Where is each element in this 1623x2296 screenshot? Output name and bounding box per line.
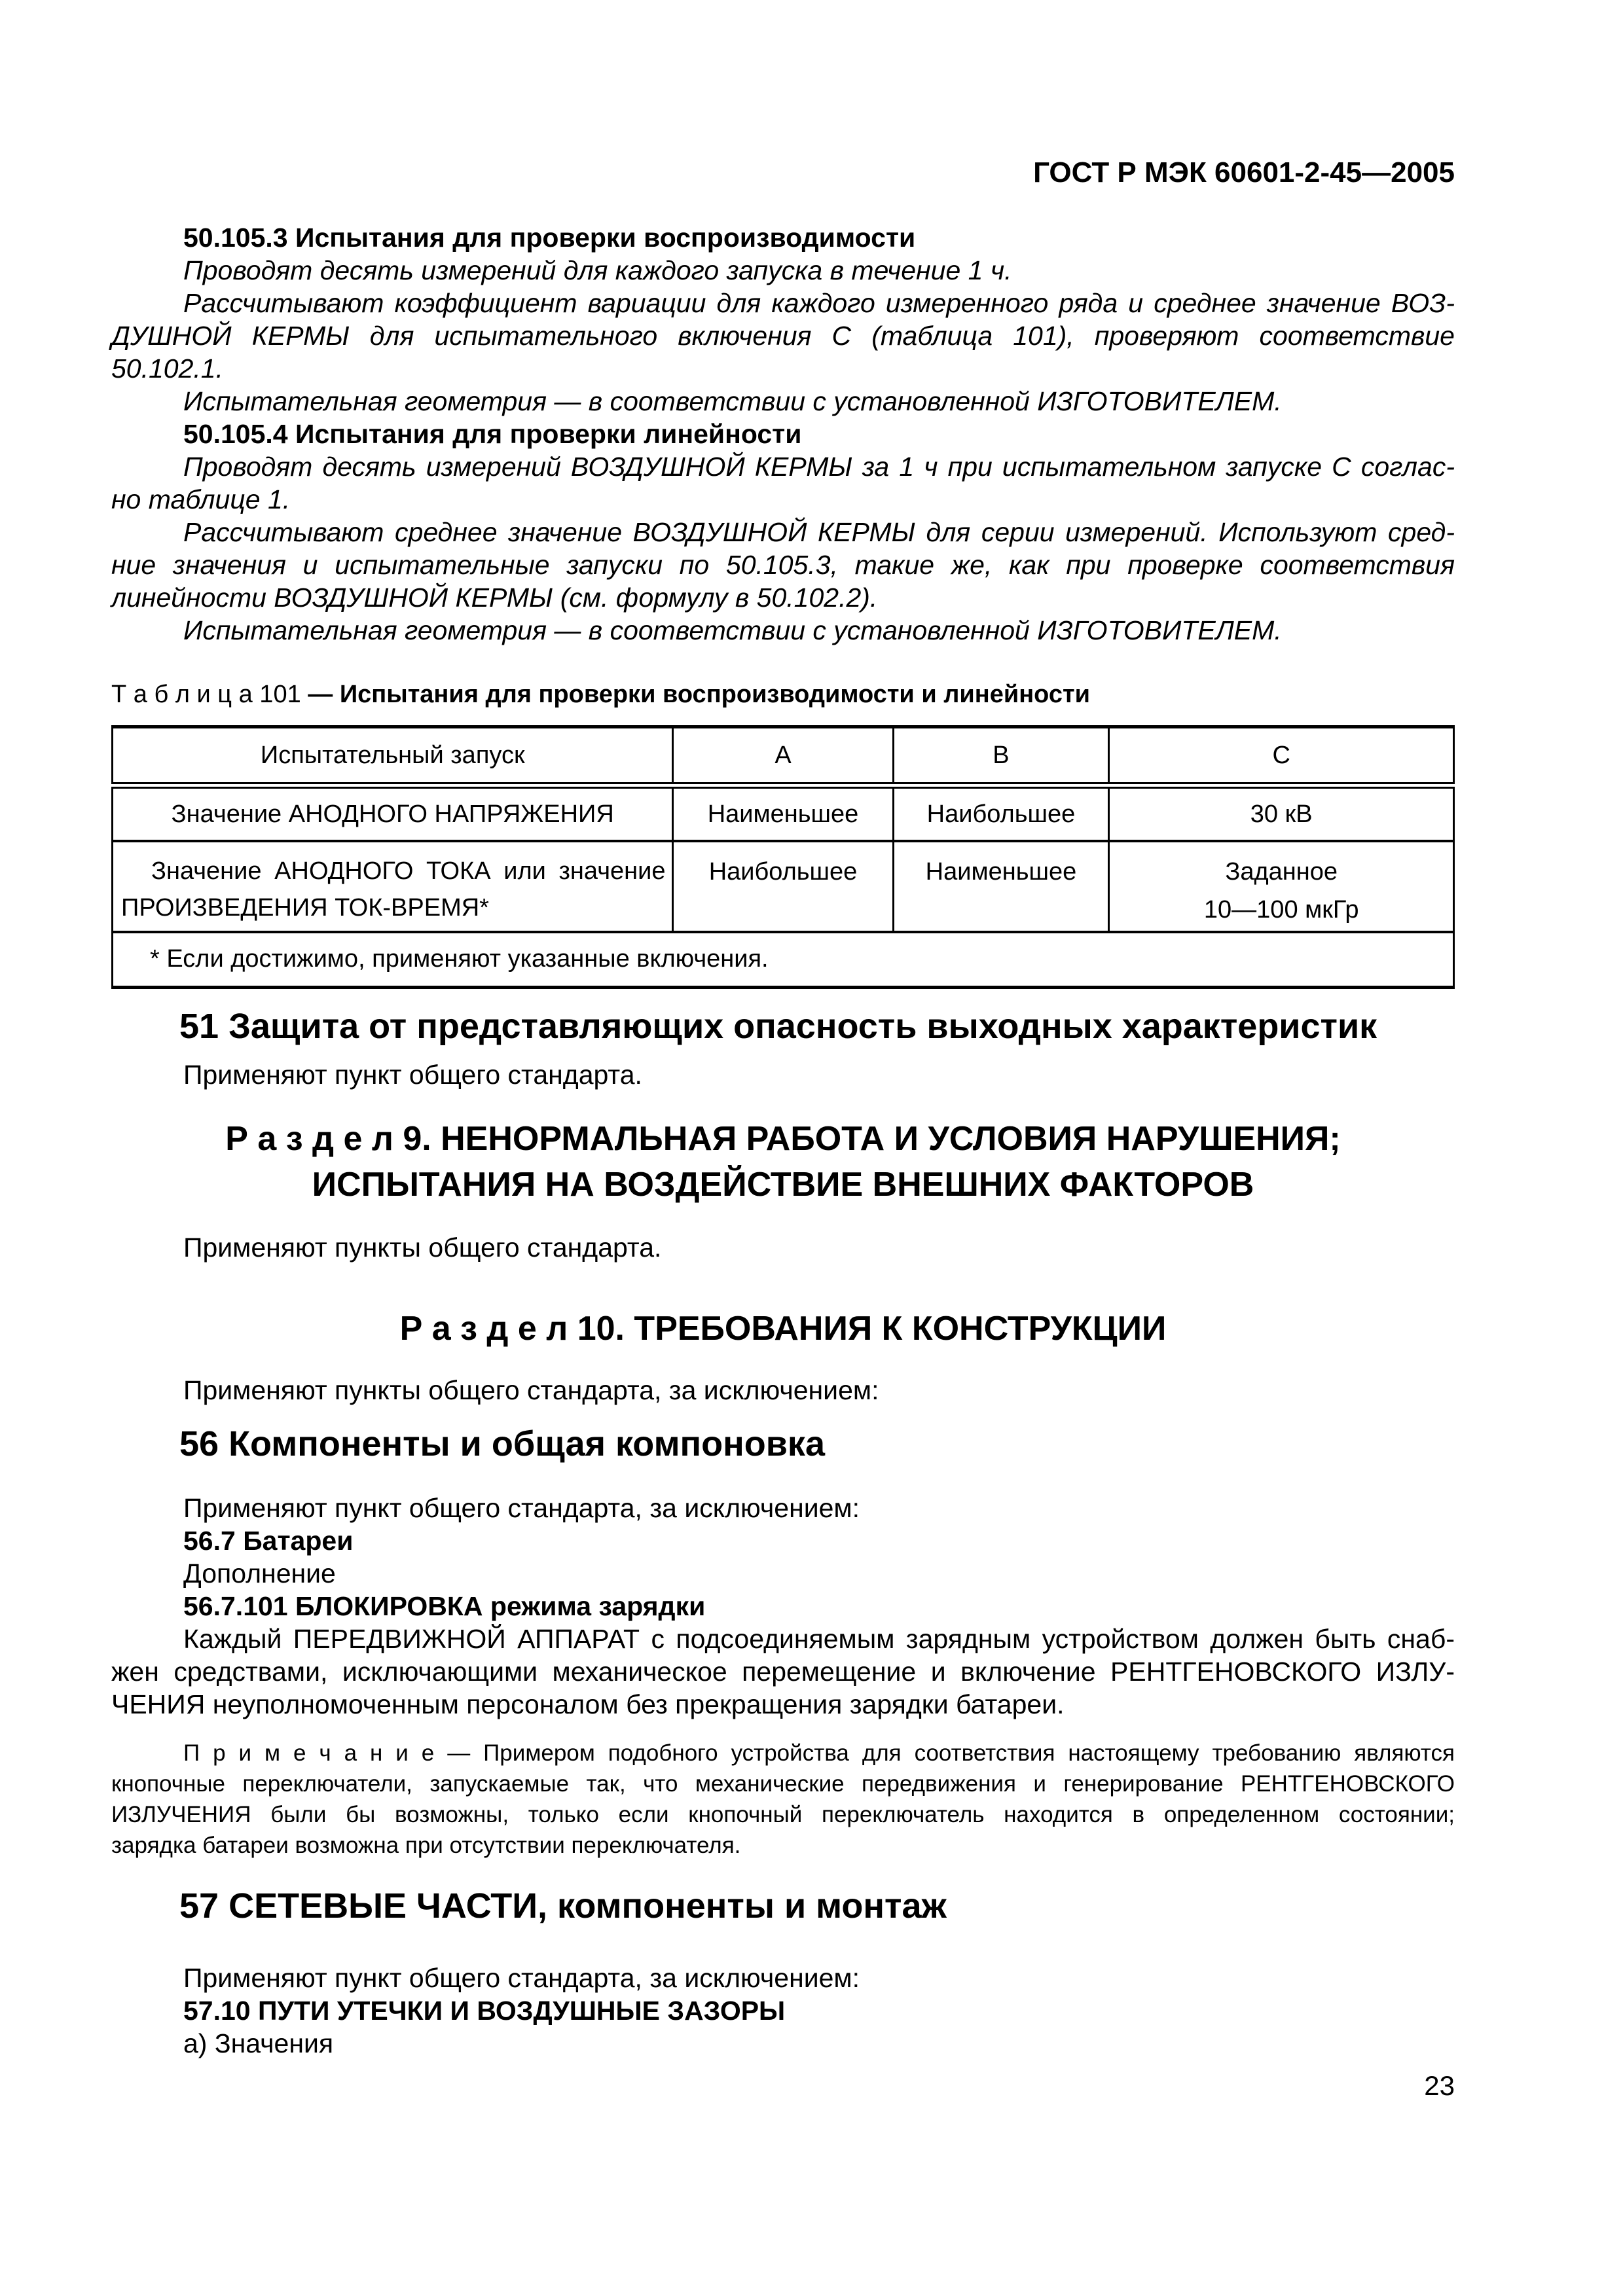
paragraph: Дополнение <box>111 1557 1455 1590</box>
table-cell: Заданное 10—100 мкГр <box>1109 841 1454 932</box>
table-caption: Т а б л и ц а 101 — Испытания для провер… <box>111 679 1455 709</box>
paragraph-line: но таблице 1. <box>111 483 1455 516</box>
table-header-row: Испытательный запуск А В С <box>113 727 1454 786</box>
paragraph: Применяют пункты общего стандарта, за ис… <box>111 1374 1455 1407</box>
heading-57: 57 СЕТЕВЫЕ ЧАСТИ, компоненты и монтаж <box>111 1886 1455 1926</box>
table-caption-title: — Испытания для проверки воспроизводимос… <box>308 681 1090 708</box>
heading-section-10: Р а з д е л 10. ТРЕБОВАНИЯ К КОНСТРУКЦИИ <box>111 1306 1455 1352</box>
column-header: Испытательный запуск <box>113 727 673 786</box>
table-cell-line: Заданное <box>1110 853 1452 891</box>
note-line: кнопочные переключатели, запускаемые так… <box>111 1768 1455 1799</box>
table-footnote: * Если достижимо, применяют указанные вк… <box>113 932 1454 988</box>
paragraph-line: 50.102.1. <box>111 352 1455 385</box>
table-row: Значение АНОДНОГО ТОКА или значение ПРОИ… <box>113 841 1454 932</box>
table-footnote-row: * Если достижимо, применяют указанные вк… <box>113 932 1454 988</box>
heading-section-9: Р а з д е л 9. НЕНОРМАЛЬНАЯ РАБОТА И УСЛ… <box>111 1116 1455 1208</box>
paragraph-line: ДУШНОЙ КЕРМЫ для испытательного включени… <box>111 319 1455 352</box>
table-cell: Наименьшее <box>893 841 1109 932</box>
table-cell-line: 10—100 мкГр <box>1110 891 1452 929</box>
table-cell: Значение АНОДНОГО ТОКА или значение ПРОИ… <box>113 841 673 932</box>
standard-code-header: ГОСТ Р МЭК 60601-2-45—2005 <box>111 156 1455 190</box>
heading-56-7: 56.7 Батареи <box>111 1524 1455 1557</box>
paragraph-line: линейности ВОЗДУШНОЙ КЕРМЫ (см. формулу … <box>111 581 1455 614</box>
document-page: ГОСТ Р МЭК 60601-2-45—2005 50.105.3 Испы… <box>0 0 1623 2296</box>
note-line: зарядка батареи возможна при отсутствии … <box>111 1830 1455 1861</box>
heading-56-7-101: 56.7.101 БЛОКИРОВКА режима зарядки <box>111 1590 1455 1623</box>
heading-56: 56 Компоненты и общая компоновка <box>111 1424 1455 1464</box>
paragraph-line: жен средствами, исключающими механическо… <box>111 1655 1455 1688</box>
note-line: П р и м е ч а н и е — Примером подобного… <box>111 1738 1455 1768</box>
paragraph-line: Рассчитывают среднее значение ВОЗДУШНОЙ … <box>111 516 1455 548</box>
heading-50-105-4: 50.105.4 Испытания для проверки линейнос… <box>111 418 1455 450</box>
paragraph: Проводят десять измерений для каждого за… <box>111 254 1455 287</box>
heading-51: 51 Защита от представляющих опасность вы… <box>111 1006 1455 1047</box>
paragraph: Применяют пункт общего стандарта. <box>111 1058 1455 1091</box>
paragraph-line: Проводят десять измерений ВОЗДУШНОЙ КЕРМ… <box>111 450 1455 483</box>
paragraph-line: Рассчитывают коэффициент вариации для ка… <box>111 287 1455 319</box>
heading-section-9-line1: Р а з д е л 9. НЕНОРМАЛЬНАЯ РАБОТА И УСЛ… <box>111 1116 1455 1162</box>
table-cell: Значение АНОДНОГО НАПРЯЖЕНИЯ <box>113 785 673 841</box>
paragraph: Применяют пункт общего стандарта, за иск… <box>111 1492 1455 1524</box>
paragraph: Применяют пункты общего стандарта. <box>111 1231 1455 1264</box>
list-item-a: а) Значения <box>111 2027 1455 2060</box>
heading-section-9-line2: ИСПЫТАНИЯ НА ВОЗДЕЙСТВИЕ ВНЕШНИХ ФАКТОРО… <box>111 1162 1455 1208</box>
table-cell-line: ПРОИЗВЕДЕНИЯ ТОК-ВРЕМЯ* <box>121 889 665 926</box>
paragraph: Испытательная геометрия — в соответствии… <box>111 385 1455 418</box>
table-caption-label: Т а б л и ц а 101 <box>111 681 301 708</box>
heading-57-10: 57.10 ПУТИ УТЕЧКИ И ВОЗДУШНЫЕ ЗАЗОРЫ <box>111 1994 1455 2027</box>
table-cell-line: Значение АНОДНОГО ТОКА или значение <box>121 853 665 889</box>
column-header: А <box>673 727 893 786</box>
heading-50-105-3: 50.105.3 Испытания для проверки воспроиз… <box>111 221 1455 254</box>
paragraph: Применяют пункт общего стандарта, за иск… <box>111 1962 1455 1994</box>
table-row: Значение АНОДНОГО НАПРЯЖЕНИЯ Наименьшее … <box>113 785 1454 841</box>
paragraph-line: ние значения и испытательные запуски по … <box>111 548 1455 581</box>
note-line: ИЗЛУЧЕНИЯ были бы возможны, только если … <box>111 1799 1455 1830</box>
paragraph-line: Каждый ПЕРЕДВИЖНОЙ АППАРАТ с подсоединяе… <box>111 1623 1455 1655</box>
table-cell: Наибольшее <box>673 841 893 932</box>
paragraph-line: ЧЕНИЯ неуполномоченным персоналом без пр… <box>111 1688 1455 1721</box>
table-cell: 30 кВ <box>1109 785 1454 841</box>
table-101: Испытательный запуск А В С Значение АНОД… <box>111 725 1455 989</box>
paragraph: Испытательная геометрия — в соответствии… <box>111 614 1455 647</box>
table-cell: Наибольшее <box>893 785 1109 841</box>
column-header: В <box>893 727 1109 786</box>
note-block: П р и м е ч а н и е — Примером подобного… <box>111 1738 1455 1861</box>
column-header: С <box>1109 727 1454 786</box>
page-content: ГОСТ Р МЭК 60601-2-45—2005 50.105.3 Испы… <box>111 0 1455 2060</box>
table-cell: Наименьшее <box>673 785 893 841</box>
page-number: 23 <box>111 2070 1455 2102</box>
